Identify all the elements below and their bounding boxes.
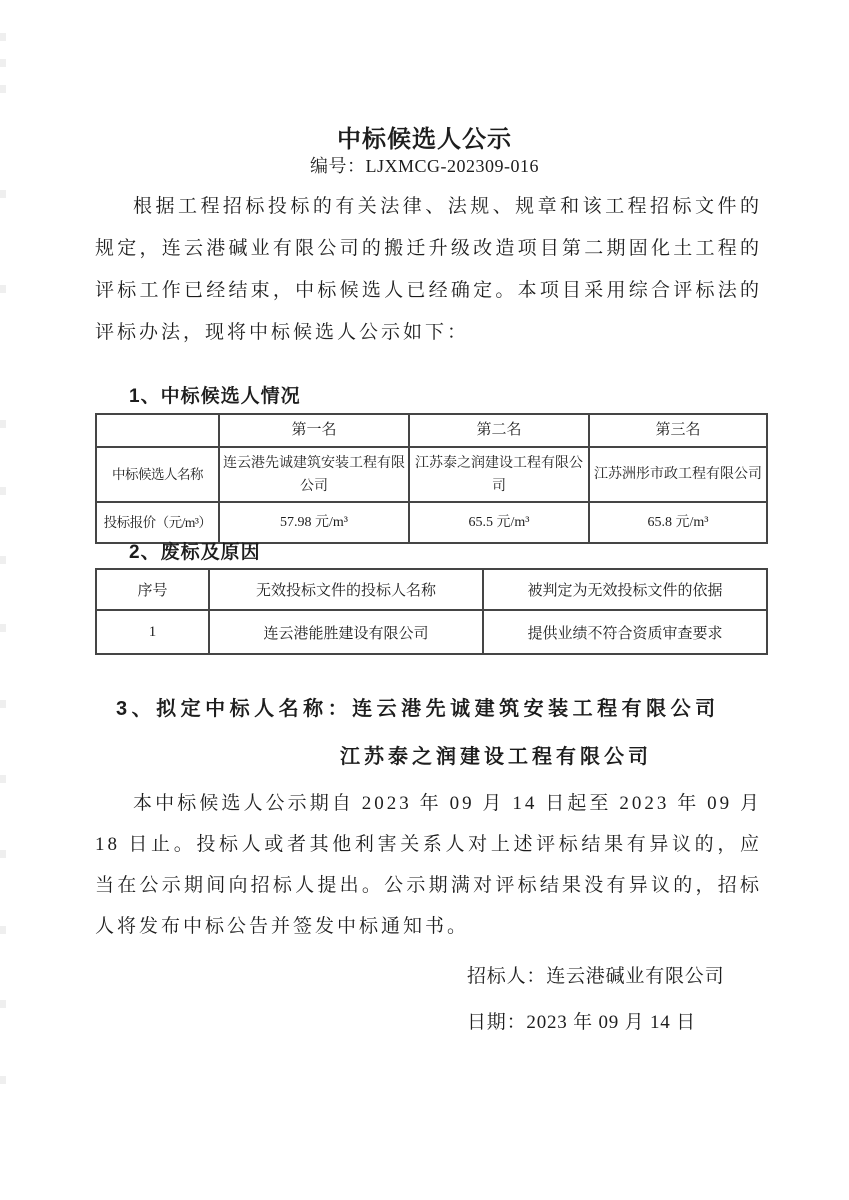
table-cell: 连云港能胜建设有限公司: [209, 610, 483, 654]
scan-speck: [0, 624, 6, 632]
table-header-row: 序号 无效投标文件的投标人名称 被判定为无效投标文件的依据: [96, 569, 767, 610]
section2-heading: 2、废标及原因: [129, 537, 261, 564]
table-header-cell: [96, 414, 219, 447]
section1-heading: 1、中标候选人情况: [129, 381, 301, 408]
table-cell: 江苏洲彤市政工程有限公司: [589, 447, 767, 502]
rejected-bids-table: 序号 无效投标文件的投标人名称 被判定为无效投标文件的依据 1 连云港能胜建设有…: [95, 568, 768, 655]
table-header-cell: 第三名: [589, 414, 767, 447]
closing-paragraph: 本中标候选人公示期自 2023 年 09 月 14 日起至 2023 年 09 …: [95, 783, 762, 947]
scan-speck: [0, 420, 6, 428]
table-cell: 65.5 元/m³: [409, 502, 589, 543]
table-cell: 中标候选人名称: [96, 447, 219, 502]
table-cell: 提供业绩不符合资质审查要求: [483, 610, 767, 654]
scan-speck: [0, 59, 6, 67]
scan-speck: [0, 190, 6, 198]
table-header-row: 第一名 第二名 第三名: [96, 414, 767, 447]
doc-number: 编号：LJXMCG-202309-016: [0, 152, 849, 178]
intro-paragraph: 根据工程招标投标的有关法律、法规、规章和该工程招标文件的规定，连云港碱业有限公司…: [95, 186, 762, 354]
table-header-cell: 被判定为无效投标文件的依据: [483, 569, 767, 610]
scan-speck: [0, 850, 6, 858]
table-row: 中标候选人名称 连云港先诚建筑安装工程有限公司 江苏泰之润建设工程有限公司 江苏…: [96, 447, 767, 502]
table-row: 1 连云港能胜建设有限公司 提供业绩不符合资质审查要求: [96, 610, 767, 654]
scan-speck: [0, 285, 6, 293]
table-cell: 江苏泰之润建设工程有限公司: [409, 447, 589, 502]
scan-speck: [0, 85, 6, 93]
scan-speck: [0, 1076, 6, 1084]
document-page: 中标候选人公示 编号：LJXMCG-202309-016 根据工程招标投标的有关…: [0, 0, 849, 1200]
table-header-cell: 第一名: [219, 414, 409, 447]
table-cell: 65.8 元/m³: [589, 502, 767, 543]
scan-speck: [0, 556, 6, 564]
scan-speck: [0, 33, 6, 41]
table-header-cell: 无效投标文件的投标人名称: [209, 569, 483, 610]
scan-speck: [0, 487, 6, 495]
scan-speck: [0, 1000, 6, 1008]
table-cell: 连云港先诚建筑安装工程有限公司: [219, 447, 409, 502]
scan-speck: [0, 926, 6, 934]
page-title: 中标候选人公示: [0, 119, 849, 154]
table-cell: 1: [96, 610, 209, 654]
scan-speck: [0, 700, 6, 708]
table-header-cell: 第二名: [409, 414, 589, 447]
candidates-table: 第一名 第二名 第三名 中标候选人名称 连云港先诚建筑安装工程有限公司 江苏泰之…: [95, 413, 768, 544]
section3-second-winner: 江苏泰之润建设工程有限公司: [340, 740, 652, 769]
section3-heading: 3、拟定中标人名称：连云港先诚建筑安装工程有限公司: [116, 692, 720, 721]
scan-speck: [0, 775, 6, 783]
signature-date: 日期：2023 年 09 月 14 日: [467, 1007, 696, 1034]
tenderer-signature: 招标人：连云港碱业有限公司: [467, 961, 724, 988]
table-header-cell: 序号: [96, 569, 209, 610]
